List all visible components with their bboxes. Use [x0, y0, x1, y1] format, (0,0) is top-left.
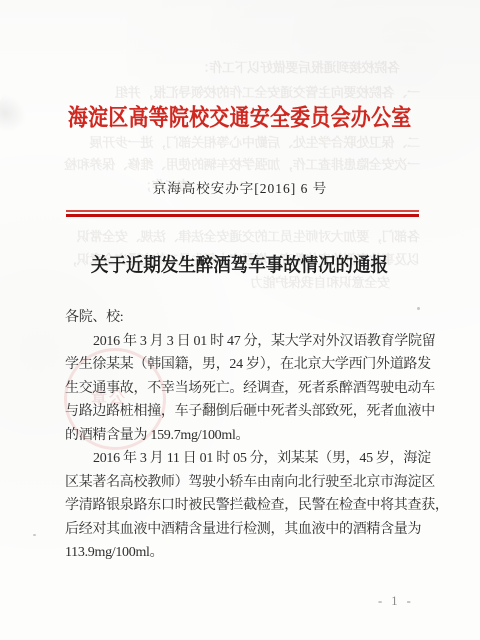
notice-title-text: 关于近期发生醉酒驾车事故情况的通报: [91, 250, 388, 277]
salutation: 各院、校:: [65, 306, 435, 330]
bleedthrough-line: 二、保卫处联合学生处、后勤中心等相关部门，进一步开展: [76, 132, 420, 151]
letterhead-org-title-text: 海淀区高等院校交通安全委员会办公室: [68, 99, 412, 132]
bleedthrough-line: 一次安全隐患排查工作，加强学校车辆的使用、维修、保养和检: [58, 154, 420, 173]
letterhead-org-title: 海淀区高等院校交通安全委员会办公室: [0, 99, 480, 132]
document-number: 京海高校安办字[2016] 6 号: [0, 177, 480, 197]
page-number: - 1 -: [378, 594, 414, 609]
paragraph1-line: 的酒精含量为 159.7mg/100ml。: [65, 424, 435, 448]
paragraph2-line: 后经对其血液中酒精含量进行检测，其血液中的酒精含量为: [65, 518, 435, 542]
scan-speck: [33, 534, 36, 536]
bleedthrough-line: 各院校接到通报后要做好以下工作：: [150, 57, 400, 76]
paragraph2-line: 学清路银泉路东口时被民警拦截检查，民警在检查中将其查获，: [65, 494, 435, 518]
red-separator-rule-thin: [66, 210, 419, 212]
scanned-notice-page: 各院校接到通报后要做好以下工作： 一、各院校要向主管交通安全工作的校领导汇报，并…: [0, 0, 480, 640]
paragraph1-line: 2016 年 3 月 3 日 01 时 47 分，某大学对外汉语教育学院留: [65, 330, 435, 354]
notice-title: 关于近期发生醉酒驾车事故情况的通报: [0, 250, 480, 277]
paragraph2-line: 2016 年 3 月 11 日 01 时 05 分，刘某某（男，45 岁，海淀: [65, 447, 435, 471]
paragraph2-line: 113.9mg/100ml。: [65, 541, 435, 565]
red-separator-rule-thick: [66, 214, 419, 217]
notice-body: 各院、校: 2016 年 3 月 3 日 01 时 47 分，某大学对外汉语教育…: [65, 306, 435, 565]
paragraph1-line: 学生徐某某（韩国籍，男，24 岁），在北京大学西门外道路发: [65, 353, 435, 377]
paragraph2-line: 区某著名高校教师）驾驶小轿车由南向北行驶至北京市海淀区: [65, 471, 435, 495]
bleedthrough-line: 各部门，要加大对师生员工的交通安全法律、法规、安全常识: [62, 226, 420, 245]
paragraph1-line: 生交通事故，不幸当场死亡。经调查，死者系醉酒驾驶电动车: [65, 377, 435, 401]
paragraph1-line: 与路边路桩相撞，车子翻倒后砸中死者头部致死，死者血液中: [65, 400, 435, 424]
